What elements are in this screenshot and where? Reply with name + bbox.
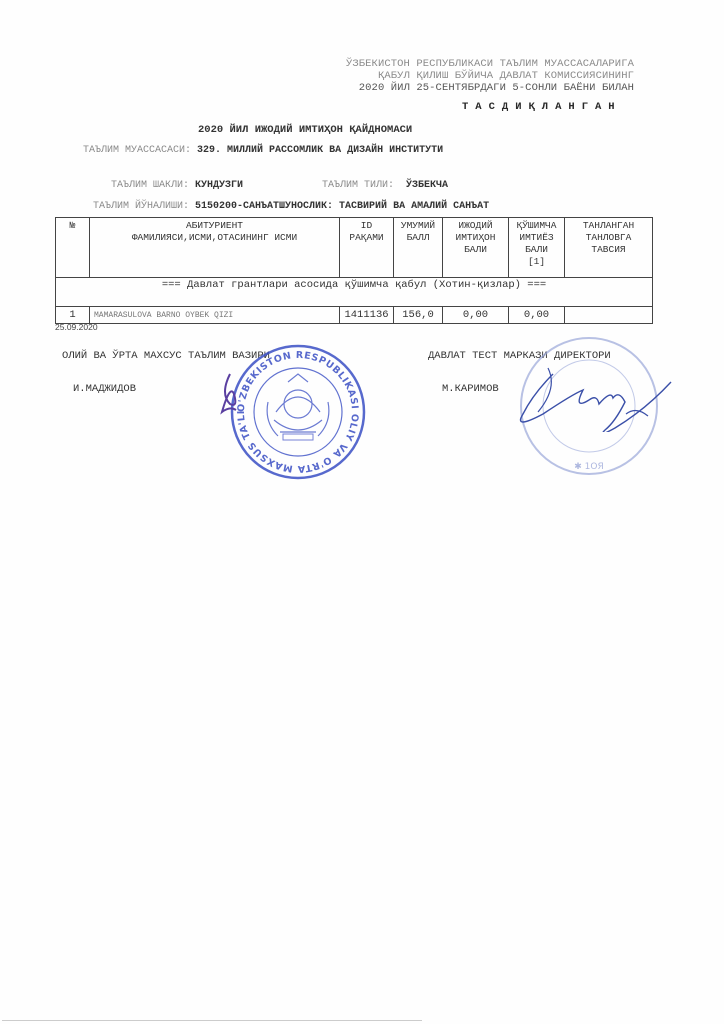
cell-id: 1411136 [340, 307, 394, 324]
header-number: № [56, 218, 90, 278]
form-label: ТАЪЛИМ ШАКЛИ: [111, 180, 189, 191]
approval-line-2: ҚАБУЛ ҚИЛИШ БЎЙИЧА ДАВЛАТ КОМИССИЯСИНИНГ [346, 70, 634, 82]
header-total-score: УМУМИЙБАЛЛ [394, 218, 443, 278]
header-applicant: АБИТУРИЕНТФАМИЛИЯСИ,ИСМИ,ОТАСИНИНГ ИСМИ [90, 218, 340, 278]
approval-block: ЎЗБЕКИСТОН РЕСПУБЛИКАСИ ТАЪЛИМ МУАССАСАЛ… [346, 58, 634, 94]
cell-name: MAMARASULOVA BARNO OYBEK QIZI [90, 307, 340, 324]
table-row: 1 MAMARASULOVA BARNO OYBEK QIZI 1411136 … [56, 307, 653, 324]
left-signatory-name: И.МАДЖИДОВ [73, 383, 136, 395]
header-creative-score: ИЖОДИЙИМТИҲОНБАЛИ [443, 218, 509, 278]
results-table: № АБИТУРИЕНТФАМИЛИЯСИ,ИСМИ,ОТАСИНИНГ ИСМ… [55, 217, 653, 324]
institution-line: ТАЪЛИМ МУАССАСАСИ: 329. МИЛЛИЙ РАССОМЛИК… [83, 145, 443, 156]
header-extra-score: ҚЎШИМЧАИМТИЁЗБАЛИ[1] [509, 218, 565, 278]
group-row: === Давлат грантлари асосида қўшимча қаб… [56, 278, 653, 307]
direction-label: ТАЪЛИМ ЙЎНАЛИШИ: [93, 201, 189, 212]
table-header-row: № АБИТУРИЕНТФАМИЛИЯСИ,ИСМИ,ОТАСИНИНГ ИСМ… [56, 218, 653, 278]
document-date: 25.09.2020 [55, 322, 98, 332]
approved-heading: ТАСДИҚЛАНГАН [462, 101, 622, 113]
right-signature-icon [508, 362, 698, 432]
language-value: ЎЗБЕКЧА [406, 180, 448, 191]
institution-value: 329. МИЛЛИЙ РАССОМЛИК ВА ДИЗАЙН ИНСТИТУТ… [197, 145, 443, 156]
form-value: КУНДУЗГИ [195, 180, 243, 191]
cell-recommended [565, 307, 653, 324]
right-signatory-name: М.КАРИМОВ [442, 383, 499, 395]
approval-line-1: ЎЗБЕКИСТОН РЕСПУБЛИКАСИ ТАЪЛИМ МУАССАСАЛ… [346, 58, 634, 70]
cell-number: 1 [56, 307, 90, 324]
group-title: === Давлат грантлари асосида қўшимча қаб… [56, 278, 653, 307]
cell-creative: 0,00 [443, 307, 509, 324]
form-line: ТАЪЛИМ ШАКЛИ: КУНДУЗГИ [111, 180, 243, 191]
left-signature-icon [216, 372, 256, 422]
language-label: ТАЪЛИМ ТИЛИ: [322, 180, 394, 191]
cell-extra: 0,00 [509, 307, 565, 324]
institution-label: ТАЪЛИМ МУАССАСАСИ: [83, 145, 191, 156]
direction-value: 5150200-САНЪАТШУНОСЛИК: ТАСВИРИЙ ВА АМАЛ… [195, 201, 489, 212]
language-line: ТАЪЛИМ ТИЛИ: ЎЗБЕКЧА [322, 180, 448, 191]
approval-line-3: 2020 ЙИЛ 25-СЕНТЯБРДАГИ 5-СОНЛИ БАЁНИ БИ… [346, 82, 634, 94]
cell-total: 156,0 [394, 307, 443, 324]
scan-edge-line [2, 1020, 422, 1021]
header-id: IDРАҚАМИ [340, 218, 394, 278]
document-title: 2020 ЙИЛ ИЖОДИЙ ИМТИҲОН ҚАЙДНОМАСИ [198, 124, 412, 136]
direction-line: ТАЪЛИМ ЙЎНАЛИШИ: 5150200-САНЪАТШУНОСЛИК:… [93, 201, 489, 212]
svg-text:✱ 1ОЯ: ✱ 1ОЯ [574, 462, 603, 472]
header-recommended: ТАНЛАНГАНТАНЛОВГАТАВСИЯ [565, 218, 653, 278]
